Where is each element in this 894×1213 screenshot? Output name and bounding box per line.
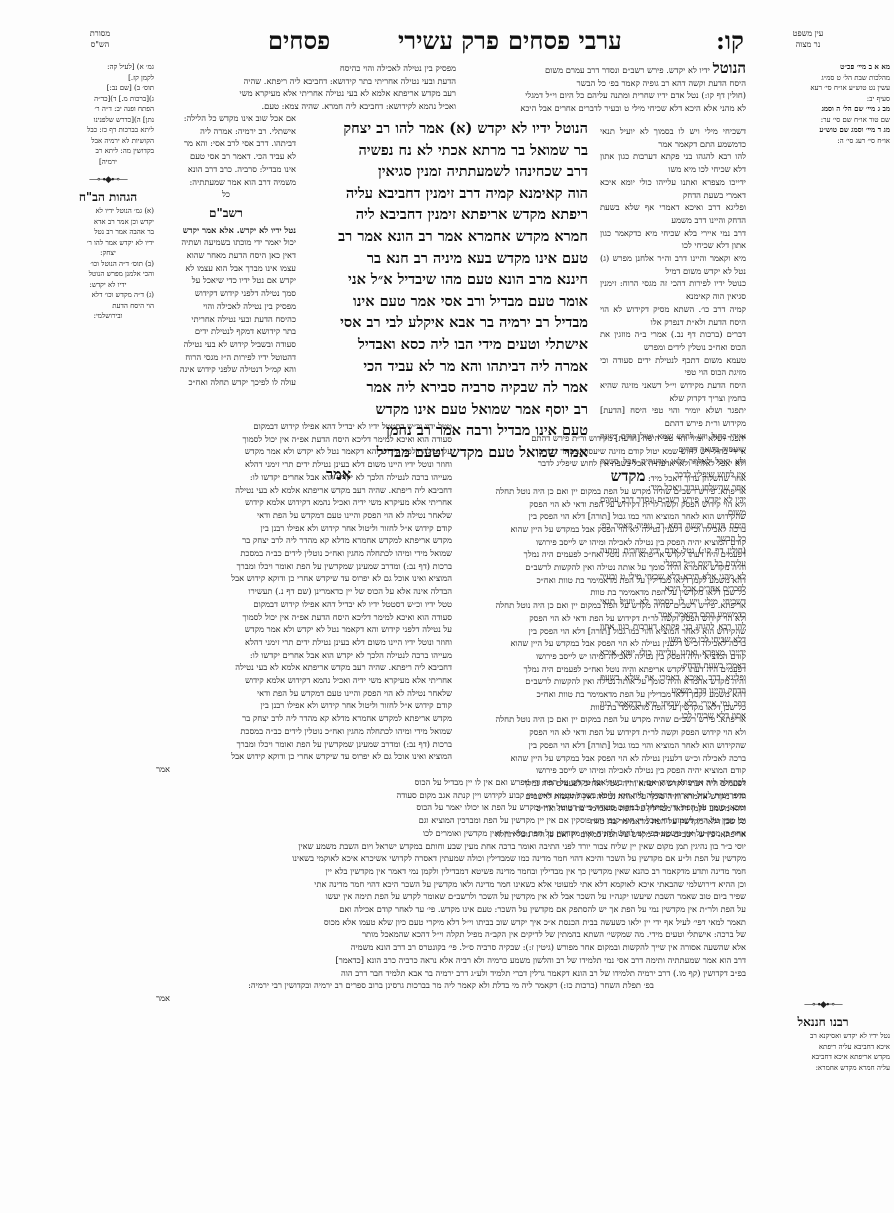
tosafot-line: ופליגא דרב ואיכא דאמרי אף שלא בשעת הדחק …: [600, 201, 746, 226]
tosafot-bottom-fullwidth: לכתחלה ליה אריפתא ומיהו אם אין יין כשר א…: [156, 776, 746, 1005]
chananel-line: מקדש אריפתא איכא דחביבא: [756, 1052, 890, 1063]
rashi-line: ברכות (דף נב:) ומדרב שמעינן שמקדשין על ה…: [156, 738, 452, 751]
tosafot-line: אלא שהשעה אסורה אין שייך להקשות ובמקום א…: [156, 941, 746, 954]
rashi-column: מפסיק בין נטילה לאכילה והוי כהיסח הדעת ו…: [156, 62, 456, 113]
gemara-line: הנוטל ידיו לא יקדש (א) אמר להו רב יצחק: [326, 118, 588, 140]
gemara-line: אישתלי וטעים מידי הבו ליה כסא ואבדיל: [326, 334, 588, 356]
rabbeinu-chananel-title: רבנו חננאל: [756, 1017, 890, 1028]
tosafot-line: דפעמים היה דעתו לקדש אריפתא והיה נוטל וא…: [460, 663, 746, 676]
rashi-line: דהטוטל ידיו לפירות ה״ז מגסי הרוח: [156, 351, 296, 364]
rashi-line: מעייהו ברכה לנטילה הלכך לא יקדש הוא אבל …: [156, 649, 452, 662]
ein-mishpat-line: מהלכות שבת הל׳ ט סמ״ג: [748, 73, 890, 84]
tosafot-line: אריפתא. פירש רשב״ם שהיה מקדש על הפת במקו…: [460, 713, 746, 726]
rashi-line: לא עביד הכי. דאמר רב אסי טעם: [156, 150, 296, 163]
mesoret-label: מסורת: [70, 28, 130, 39]
rashi-line: ברכות (דף נב:) ומדרב שמעינן שמקדשין על ה…: [156, 560, 452, 573]
gemara-line: טעם אינו מקדש בעא מיניה רב חנא בר: [326, 248, 588, 270]
mesoret-line: בקדושין מה: ליתא רב: [62, 146, 154, 157]
rashi-line: עצמו אינו מברך אבל הוא עצמו לא: [156, 262, 296, 275]
tosafot-line: דרב נמי איירי בלא שכיחי מיא כדקאמר כגון …: [600, 227, 746, 252]
tosafot-line: יוסי ב״ר בון נהיגין תמן מקום שאין יין של…: [156, 840, 746, 853]
rashi-line: הבדלה אינה אלא על הכוס של יין כדאמרינן (…: [156, 585, 452, 598]
ein-mishpat-line: שם טור או״ח שם סי׳ ער:: [748, 115, 890, 126]
mesoret-line: הקושיות לא ירמיה אבל: [62, 136, 154, 147]
tosafot-line: על הפת ולר״ת אין מקדשין נמי על הפת אך יש…: [156, 903, 746, 916]
rashi-line: שלאחר נטילה לא הוי הפסק והיינו טעם דמקדש…: [156, 509, 452, 522]
ein-mishpat-label: עין משפט: [778, 28, 838, 39]
hagahot-line: (ג) ד״ה מקדש וכו׳ דלא: [62, 290, 154, 301]
rashi-line: המוציא ואינו אוכל גם לא יפרוס עד שיקדש א…: [156, 572, 452, 585]
tosafot-line: שפיר ביום טוב שאמר השבת שיעשו יקנה״ז על …: [156, 890, 746, 903]
tosafot-line: תאמר למאי דפי׳ לעיל אף ידי יין ילאו כשעש…: [156, 916, 746, 929]
gemara-line: הוה קאימנא קמיה דרב זימנין דחביבא עליה: [326, 183, 588, 205]
rashi-line: וחוזר ונוטל ידיו היינו משום דלא בעינן נט…: [156, 458, 452, 471]
perek-title: פרק עשירי: [398, 26, 499, 56]
tosafot-line: קודם המוציא יהיה הפסק בין נטילה לאכילה ו…: [460, 650, 746, 663]
rashi-line: שמואל מידי ומיהו לכתחלה מחגין ואח״כ נוטל…: [156, 725, 452, 738]
tosafot-line: שהקידוש הוא לאחר המוציא והוי כמו גבול [ת…: [460, 739, 746, 752]
tosafot-line: קמיה דרב כו׳. השתא מסיק דקידוש לא הוי הי…: [600, 303, 746, 328]
tosafot-line: ומכאן סומך על הפת ודי לכתחלה במקום סעודה…: [156, 801, 746, 814]
chananel-line: איכא דחביבא עליה ריפתא: [756, 1042, 890, 1053]
mesoret-line: ירמיה]: [62, 157, 154, 168]
gemara-line: אמר לה שבקיה סרביה סבירא ליה אמר: [326, 377, 588, 399]
tosafot-line: וכן מבין על היין לשמוע ודי אבל יין הוא ק…: [156, 814, 746, 827]
rashi-column-lower: טטל ידיו וכ״ש דסטטל ידיו לא יבדיל דהא אפ…: [156, 420, 452, 776]
rashi-line: והא קמ״ל דנטילה שלפני קידוש אינה: [156, 363, 296, 376]
mesoret-line: תוס׳ ב) [שם נב:]: [62, 83, 154, 94]
tosafot-line: והיה מקדש אחמרא והיה סומך על אותה נטילה …: [460, 561, 746, 574]
rashi-line: מעייהו ברכה לנטילה הלכך לא יקדש הוא אבל …: [156, 471, 452, 484]
gemara-line: אמרה ליה דביתהו והא מר לא עביד הכי: [326, 356, 588, 378]
tosafot-line: אריפתא. פירש רשב״ם שהיה מקדש על הפת במקו…: [460, 485, 746, 498]
tosafot-line: ברכה לאכילה וכ״ש דלענין נטילה לא הוי הפס…: [460, 523, 746, 536]
tosafot-line: בפ׳ תפלת השחר (ברכות כז:) דקאמר ליה מי ב…: [156, 979, 746, 992]
rashi-line: סעודה ובשביל קידוש לא בעי נטילה: [156, 338, 296, 351]
rashi-line: בתר קידושא דמקף לנטילת ידים: [156, 325, 296, 338]
tosafot-line: כדפרישית לעיל ותירוץ דהבדלה ליה הוא וליכ…: [156, 789, 746, 802]
tosafot-line: ולא הוי קידוש הפסק וקשה לר״ת דקידוש על ה…: [460, 498, 746, 511]
rashi-line: דחביבא ליה ריפתא. שהיה רעב מקדש אריפתא א…: [156, 661, 452, 674]
tosafot-line: חמר מדינה ותדע מדקאמר רב כהנא שאין מקדשי…: [156, 865, 746, 878]
tosafot-line: שהקידוש הוא לאחר המוציא והוי כמו גבול [ת…: [460, 625, 746, 638]
ein-mishpat-line: מג ד מיי׳ וסמג שם טוש״ע: [748, 125, 890, 136]
tosafot-line: של ברכה: אישתלי וטעים מידי. מה שמקשי׳ הש…: [156, 928, 746, 941]
gemara-line: אומר טעם מבדיל ורב אסי אמר טעם אינו: [326, 291, 588, 313]
gemara-line: מבדיל רב ירמיה בר אבא איקלע לבי רב אסי: [326, 312, 588, 334]
tosafot-text: ידיו לא יקדש. פירש רשב״ם ונסדר דרב עמרם …: [545, 65, 710, 75]
tosafot-text: אחר שהשלחן ערוך ויאכל מיד:: [648, 473, 746, 483]
tosafot-line: בפ״ב דקדושין (קף מו.) דרב ירמיה תלמידו ש…: [156, 967, 746, 980]
rashi-line: טטל ידיו וכ״ש דסטטל ידיו לא יבדיל דהא אפ…: [156, 598, 452, 611]
divider-ornament: —⊶◆⊷—: [62, 175, 154, 186]
tosafot-line: ולא הוי קידוש הפסק וקשה לר״ת דקידוש על ה…: [460, 612, 746, 625]
tosafot-line: דפעמים היה דעתו לקדש אריפתא והיה נוטל וא…: [460, 548, 746, 561]
rashi-line: וחוזר ונוטל ידיו היינו משום דלא בעינן נט…: [156, 636, 452, 649]
rashi-line: על נטילה דלפני קידוש והא דקאמר נטל לא יק…: [156, 445, 452, 458]
hagahot-line: יצחק:: [62, 248, 154, 259]
tosafot-line: שהקידוש הוא לאחר המוציא והוי כמו גבול [ת…: [460, 510, 746, 523]
hagahot-line: (א) גמ׳ הנוטל ידיו לא: [62, 206, 154, 217]
rashi-catchword: אמר: [156, 763, 452, 776]
rashi-line: דחביבא ליה ריפתא. שהיה רעב מקדש אריפתא א…: [156, 484, 452, 497]
mesoret-line: לקמן קז.]: [62, 73, 154, 84]
chananel-line: נטל ידיו לא יקדש ואסיקנא רב: [756, 1031, 890, 1042]
rashi-line: כל: [156, 188, 296, 201]
tosafot-line: ברכה לאכילה וכ״ש דלענין נטילה לא הוי הפס…: [460, 752, 746, 765]
mesoret-line: הפתח ופנה יב: ד״ה ר׳: [62, 104, 154, 115]
rashi-line: אישתלי. רב ירמיה: אמרה ליה: [156, 125, 296, 138]
hagahot-line: ידיו לא יקדש:: [62, 280, 154, 291]
rashi-line: דאין כאן היסח הדעת מאחר שהוא: [156, 249, 296, 262]
tosafot-line: וכן ההיא דירושלמי שהבאתי איכא לאוקמא דלא…: [156, 878, 746, 891]
tosafot-line: לא מהני אלא היכא דלא שכיחי מילי ט ובעיר …: [460, 102, 746, 115]
rabbeinu-chananel-column: —⊶◆⊷— רבנו חננאל נטל ידיו לא יקדש ואסיקנ…: [756, 992, 890, 1073]
tosafot-line: (חולין דף קו:) נטל אדם ידיו שחרית ומתנה …: [460, 89, 746, 102]
mesoret-line: גמ׳ א) [לעיל קה:: [62, 62, 154, 73]
rashi-line: שלאחר נטילה לא הוי הפסק והיינו טעם דמקדש…: [156, 687, 452, 700]
rashi-line: כהיסח הדעת ובעי נטילה אחריתי: [156, 313, 296, 326]
ner-mitzvah-label: נר מצוה: [778, 39, 838, 50]
hagahot-line: הוי היסח הדעת: [62, 301, 154, 312]
ein-mishpat-line: מא א ב מיי׳ פכ״ט: [748, 62, 890, 73]
gemara-line: רב יוסף אמר שמואל טעם אינו מקדש: [326, 399, 588, 421]
daf-number: קו:: [716, 26, 744, 56]
rashi-line: יכול יאמר ידי מוכתו בשמיעה ושתיה: [156, 236, 296, 249]
rashi-line: מקדש אריפתא למקדש אחמרא מדלא קא מהדר ליה…: [156, 534, 452, 547]
rashi-line: מפסיק בין נטילה לאכילה והוי כהיסח: [156, 62, 456, 75]
mesoret-line: ג)[ברכות מ.] ד)[כד״ה: [62, 94, 154, 105]
rashi-line: אחריתי אלא מעיקרא משי ידיה ואכיל נהמא דק…: [156, 674, 452, 687]
rashi-line: עולה לו לפיכך יקדש תחלה ואח״כ: [156, 376, 296, 389]
page-catchword: אמר: [156, 992, 746, 1005]
hashas-label: הש"ס: [70, 39, 130, 50]
tosafot-line: ידייכו מצפרא ואתנו עלייהו כולי יומא איכא…: [600, 176, 746, 201]
rashi-line: אחריתי אלא מעיקרא משי ידיה ואכיל נהמא דק…: [156, 496, 452, 509]
rashi-line: הדעת ובעי נטילה אחריתי בתר קידושא: דחביב…: [156, 75, 456, 88]
rashi-line: רעב מקדש אריפתא אלמא לא בעי נטילה אחריתי…: [156, 87, 456, 100]
divider-ornament: —⊶◆⊷—: [756, 1000, 890, 1011]
rashi-column-side: אם אכל שוב אינו מקדש כל הלילה: אישתלי. ר…: [156, 112, 296, 389]
tosafot-column: הנוטל ידיו לא יקדש. פירש רשב״ם ונסדר דרב…: [460, 62, 746, 115]
rashi-line: אם אכל שוב אינו מקדש כל הלילה:: [156, 112, 296, 125]
ein-mishpat-line: מב ג מיי׳ שם הל׳ ה וסמג: [748, 104, 890, 115]
ein-mishpat-column: מא א ב מיי׳ פכ״ט מהלכות שבת הל׳ ט סמ״ג ע…: [748, 62, 890, 146]
masechet-title: ערבי פסחים: [508, 26, 622, 56]
tosafot-line: היסח הדעת וקשה דהא רב גופיה קאמר בפ׳ כל …: [460, 77, 746, 90]
mesoret-header: מסורת הש"ס: [70, 28, 130, 50]
tosafot-line: דהא משמע לקמן דלאו מבדילין על הפת מדאמימ…: [460, 688, 746, 701]
rashi-line: קודם קידוש א״ל לחזור וליטול אחר קידוש ול…: [156, 699, 452, 712]
tosafot-line: הנוטל ידיו לא יקדש. פירש רשב״ם ונסדר דרב…: [460, 62, 746, 77]
rashi-line: טטל ידיו וכ״ש דסטטל ידיו לא יבדיל דהא אפ…: [156, 420, 452, 433]
tosafot-line: ולא הוי קידוש הפסק וקשה לר״ת דקידוש על ה…: [460, 726, 746, 739]
tosafot-line: דהא משמע לקמן דלאו מבדילין על הפת מדאמימ…: [460, 574, 746, 587]
tosafot-line: והיה מקדש אחמרא והיה סומך על אותה נטילה …: [460, 675, 746, 688]
rashi-line: נטל ידיו לא יקדש. אלא אמר יקדש: [156, 224, 296, 237]
ein-mishpat-line: עשין נט טוש״ע או״ח סי׳ רעא: [748, 83, 890, 94]
rashi-line: ואכיל נהמא לקידושא: דחביבא ליה חמרא. שהי…: [156, 100, 456, 113]
ein-mishpat-line: או״ח סי׳ רעג סי׳ ה:: [748, 136, 890, 147]
tosafot-line: ברכה לאכילה וכ״ש דלענין נטילה לא הוי הפס…: [460, 637, 746, 650]
gemara-line: דרב שכחינהו לשמעתתיה זמנין סגיאין: [326, 161, 588, 183]
chananel-line: עליה חמרא מקדש אחמרא:: [756, 1063, 890, 1074]
hagahot-title: הגהות הב"ח: [62, 192, 154, 203]
tosafot-line: דרב הוא אמר שמעתתיה ותימה דרב אסי נמי תל…: [156, 954, 746, 967]
tosafot-line: אריפתא. פירש רשב״ם שהיה מקדש על הפת במקו…: [460, 599, 746, 612]
tosafot-line: דשכיחי מילי ויש לו בסמוך לא יועיל תנאי כ…: [600, 125, 746, 150]
gemara-line: בר שמואל בר מרתא אכתי לא נח נפשיה: [326, 140, 588, 162]
hagahot-line: והכי אלמנן מפרש הנוטל: [62, 269, 154, 280]
tosafot-line: כל שכן דלאו מקדשין על הפת מדאמימר בת טוו…: [460, 701, 746, 714]
tosafot-mekadesh-heading: מקדש: [611, 467, 646, 485]
rashi-line: סעודה הוא ואיכא למימר דליכא היסח הדעת אפ…: [156, 433, 452, 446]
hagahot-line: ובירושלמי:: [62, 311, 154, 322]
tosafot-dibbur-hamatchil: הנוטל: [713, 62, 746, 77]
tosafot-line: קודם המוציא יהיה הפסק בין נטילה לאכילה ו…: [460, 536, 746, 549]
tosafot-line: כל שכן דלאו מקדשין על הפת מדאמימר בת טוו…: [460, 586, 746, 599]
tosafot-line: כנוטל ידיו לפירות דהכי זה מגסי הרוח: זימ…: [600, 277, 746, 302]
hagahot-line: בר אהבה אמר רב נטל: [62, 227, 154, 238]
gemara-line: חיננא מרב הונא טעם מהו שיבדיל א״ל אני: [326, 269, 588, 291]
tosafot-line: מקדשין על הפת ול״ע אם מקדשין על השכר והי…: [156, 852, 746, 865]
tosafot-line: דברים (ברכות דף נב.) אמרי ב״ה מוזגין את …: [600, 328, 746, 353]
rashi-line: דביתהו. דרב אסי לרב אסי: והא מר: [156, 137, 296, 150]
mesoret-line: נתן] ה)[כדרש שלפנינו: [62, 115, 154, 126]
tosafot-line: היסח הדעת מקידוש וי״ל דשאני מזיגה שהיא ב…: [600, 379, 746, 404]
rashi-title: רשב"ם: [156, 207, 296, 220]
rashi-line: סעודה הוא ואיכא למימר דליכא היסח הדעת אפ…: [156, 611, 452, 624]
hagahot-line: ידיו לא יקדש אמר להו ר׳: [62, 238, 154, 249]
tosafot-line: יתפגר ושלא יומיר והוי טפי היסח [הדעת] מק…: [600, 404, 746, 429]
rashi-line: על נטילה דלפני קידוש והא דקאמר נטל לא יק…: [156, 623, 452, 636]
tosafot-line: לכתחלה ליה אריפתא ומיהו אם אין יין כשר א…: [156, 776, 746, 789]
rashi-line: שמואל מידי ומיהו לכתחלה מחגין ואח״כ נוטל…: [156, 547, 452, 560]
hagahot-line: (ב) תוס׳ ד״ה הנוטל וכו׳: [62, 259, 154, 270]
ein-mishpat-header: עין משפט נר מצוה: [778, 28, 838, 50]
mesoret-line: ליתא בברכות דף כז: כבל: [62, 125, 154, 136]
rashi-line: יקדש אם נטל ידיו כדי שיאכל על: [156, 274, 296, 287]
rashi-line: מקדש אריפתא למקדש אחמרא מדלא קא מהדר ליה…: [156, 712, 452, 725]
gemara-line: ריפתא מקדש אריפתא זימנין דחביבא ליה: [326, 204, 588, 226]
rashi-line: אינו מבדיל: סרביה. כרב דרב הונא: [156, 163, 296, 176]
rashi-line: קודם קידוש א״ל לחזור וליטול אחר קידוש ול…: [156, 522, 452, 535]
rashi-line: סמך נטילה דלפני קידוש דקידוש: [156, 287, 296, 300]
tosafot-line: אחר כן מכין על אין משמע כפי יש לחוש להני…: [156, 827, 746, 840]
hagahot-line: יקדש וכן אמר רב אדא: [62, 217, 154, 228]
tosafot-line: טעמא משום דתכף לנטילת ידים סעודה וכי מזי…: [600, 354, 746, 379]
masechet-name: פסחים: [268, 26, 330, 56]
gemara-line: חמרא מקדש אחמרא אמר רב הונא אמר רב: [326, 226, 588, 248]
rashi-line: משמיה דרב הוא אמר שמעתתיה:: [156, 176, 296, 189]
tosafot-line: להו רבא להגהו בני פקתא דערבות כגון אתון …: [600, 150, 746, 175]
mesoret-column: גמ׳ א) [לעיל קה: לקמן קז.] תוס׳ ב) [שם נ…: [62, 62, 154, 322]
tosafot-line: מיא וקאמר והיינו דרב וה״ר אלחנן מפרש (ג)…: [600, 252, 746, 277]
ein-mishpat-line: סעיף יב:: [748, 94, 890, 105]
rashi-line: המוציא ואינו אוכל גם לא יפרוס עד שיקדש א…: [156, 750, 452, 763]
rashi-line: מפסיק בין נטילה לאכילה והוי: [156, 300, 296, 313]
